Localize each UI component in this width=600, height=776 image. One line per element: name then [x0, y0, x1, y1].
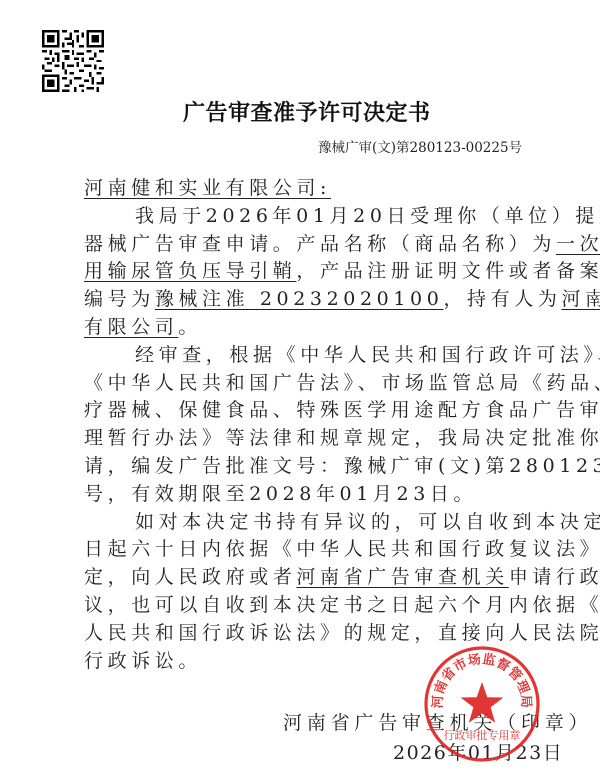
- recipient: 河南健和实业有限公司:: [84, 177, 331, 199]
- text: ，持有人为: [443, 288, 561, 310]
- text: ，产品注册证明文件或者备案凭证: [296, 260, 600, 282]
- product-name-part: 一次性使: [556, 233, 600, 255]
- paragraph-2-line: 请，编发广告批准文号：豫械广审(文)第280123-00225: [84, 453, 544, 481]
- paragraph-3-line: 如对本决定书持有异议的，可以自收到本决定书之: [84, 509, 544, 537]
- document-title: 广告审查准予许可决定书: [183, 96, 423, 127]
- seal-inner-text: 行政审批专用章: [444, 728, 521, 742]
- text: 器械广告审查申请。产品名称（商品名称）为: [84, 233, 556, 255]
- paragraph-3-line: 日起六十日内依据《中华人民共和国行政复议法》的规: [84, 536, 544, 564]
- registration-number: 豫械注准 20232020100: [155, 288, 444, 310]
- holder-part: 有限公司: [84, 316, 178, 338]
- paragraph-1-line: 器械广告审查申请。产品名称（商品名称）为一次性使: [84, 231, 544, 259]
- text: 编号为: [84, 288, 155, 310]
- text: 。: [178, 316, 202, 338]
- paragraph-3-line: 议，也可以自收到本决定书之日起六个月内依据《中华: [84, 592, 544, 620]
- document-number: 豫械广审(文)第280123-00225号: [318, 136, 522, 156]
- paragraph-1-line: 用输尿管负压导引鞘，产品注册证明文件或者备案凭证: [84, 258, 544, 286]
- paragraph-1-line: 有限公司。: [84, 314, 544, 342]
- paragraph-2-line: 理暂行办法》等法律和规章规定，我局决定批准你的申: [84, 425, 544, 453]
- paragraph-3-line: 定，向人民政府或者河南省广告审查机关申请行政复: [84, 564, 544, 592]
- document-body: 河南健和实业有限公司: 我局于2026年01月20日受理你（单位）提交的医疗 器…: [84, 175, 544, 675]
- holder-part: 河南健和实业: [561, 288, 600, 310]
- paragraph-1-line: 编号为豫械注准 20232020100，持有人为河南健和实业: [84, 286, 544, 314]
- review-authority: 河南省广告审查机关: [296, 566, 508, 588]
- paragraph-2-line: 疗器械、保健食品、特殊医学用途配方食品广告审查管: [84, 397, 544, 425]
- qr-code: [42, 30, 104, 92]
- official-seal-stamp: 河南省市场监督管理局 行政审批专用章: [422, 644, 542, 764]
- star-icon: [461, 682, 504, 723]
- paragraph-2-line: 《中华人民共和国广告法》、市场监管总局《药品、医: [84, 370, 544, 398]
- text: 申请行政复: [509, 566, 600, 588]
- text: 定，向人民政府或者: [84, 566, 296, 588]
- paragraph-2-line: 经审查，根据《中华人民共和国行政许可法》、: [84, 342, 544, 370]
- product-name-part: 用输尿管负压导引鞘: [84, 260, 296, 282]
- paragraph-1-line: 我局于2026年01月20日受理你（单位）提交的医疗: [84, 203, 544, 231]
- paragraph-2-line: 号，有效期限至2028年01月23日。: [84, 481, 544, 509]
